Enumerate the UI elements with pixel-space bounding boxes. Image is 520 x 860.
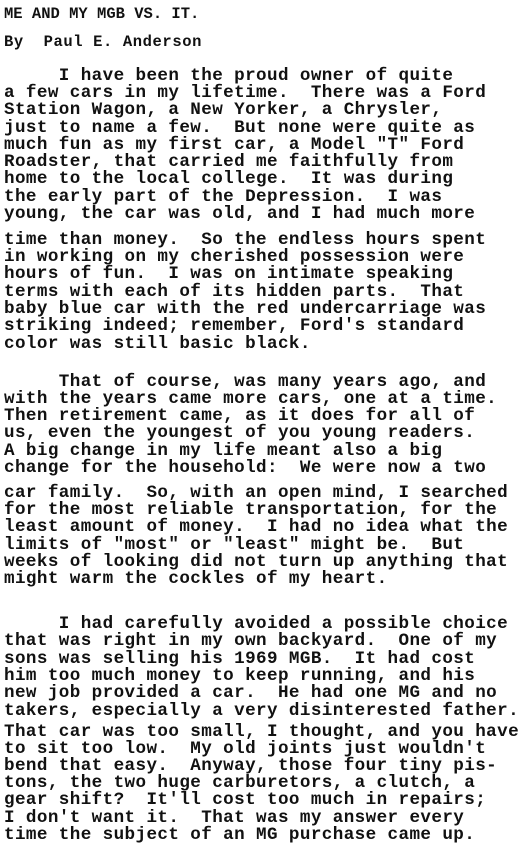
text-line: new job provided a car. He had one MG an… bbox=[4, 685, 497, 702]
text-line: takers, especially a very disinterested … bbox=[4, 703, 519, 720]
article-byline: By Paul E. Anderson bbox=[4, 34, 202, 51]
text-line: least amount of money. I had no idea wha… bbox=[4, 519, 508, 536]
text-line: young, the car was old, and I had much m… bbox=[4, 206, 475, 223]
text-line: home to the local college. It was during bbox=[4, 171, 453, 188]
text-line: color was still basic black. bbox=[4, 336, 311, 353]
text-line: gear shift? It'll cost too much in repai… bbox=[4, 792, 486, 809]
text-line: us, even the youngest of you young reade… bbox=[4, 425, 475, 442]
typewritten-page: ME AND MY MGB VS. IT. By Paul E. Anderso… bbox=[0, 0, 520, 860]
text-line: Station Wagon, a New Yorker, a Chrysler, bbox=[4, 102, 442, 119]
text-line: might warm the cockles of my heart. bbox=[4, 571, 388, 588]
text-line: time the subject of an MG purchase came … bbox=[4, 827, 475, 844]
text-line: hours of fun. I was on intimate speaking bbox=[4, 266, 453, 283]
text-line: change for the household: We were now a … bbox=[4, 460, 486, 477]
text-line: that was right in my own backyard. One o… bbox=[4, 633, 497, 650]
text-line: striking indeed; remember, Ford's standa… bbox=[4, 318, 464, 335]
article-title: ME AND MY MGB VS. IT. bbox=[4, 6, 199, 23]
